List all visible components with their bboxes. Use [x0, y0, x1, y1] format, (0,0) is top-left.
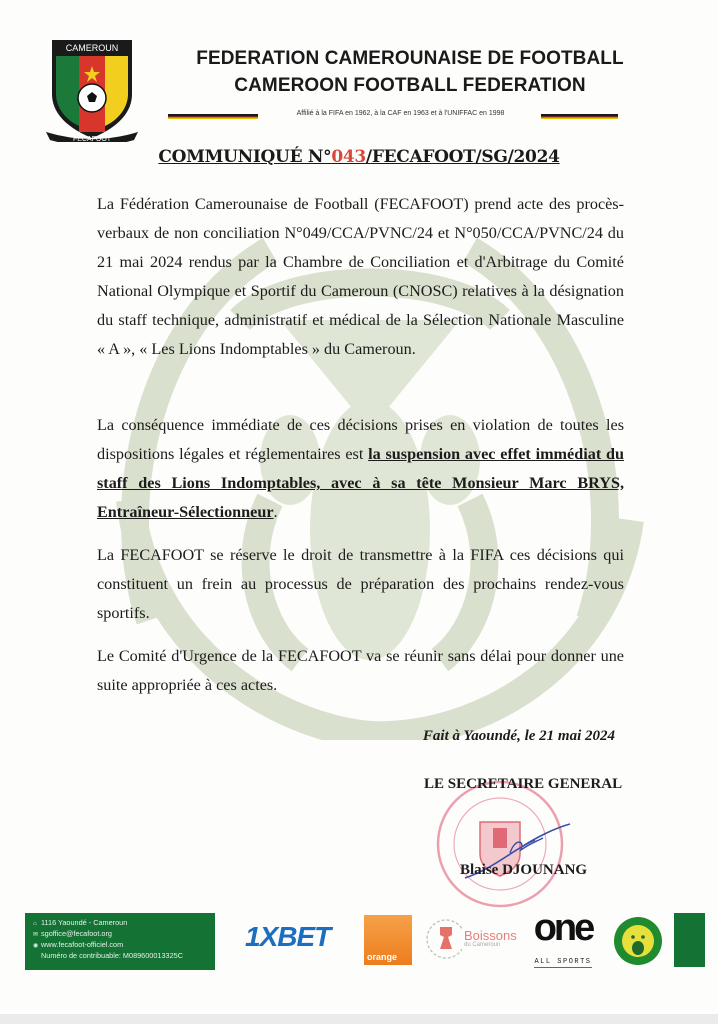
signatory-role: LE SECRETAIRE GENERAL	[424, 776, 622, 793]
flag-stripe-left	[168, 114, 258, 119]
sponsor-one-all-sports-logo: one ALL SPORTS	[522, 908, 604, 968]
federation-title-fr: FEDERATION CAMEROUNAISE DE FOOTBALL	[150, 48, 670, 70]
document-page: CAMEROUN FECAFOOT FEDERATION CAMEROUNAIS…	[0, 0, 718, 1014]
home-icon: ⌂	[33, 920, 41, 929]
paragraph-4: Le Comité d'Urgence de la FECAFOOT va se…	[97, 642, 624, 700]
globe-icon: ◉	[33, 942, 41, 951]
svg-text:CAMEROUN: CAMEROUN	[66, 43, 119, 53]
affiliation-row: Affilié à la FIFA en 1962, à la CAF en 1…	[168, 109, 618, 123]
boissons-sub: du Cameroun	[464, 942, 500, 948]
communique-prefix: COMMUNIQUÉ N°	[158, 147, 331, 167]
communique-suffix: /FECAFOOT/SG/2024	[366, 147, 560, 167]
lions-indomptables-logo-icon	[613, 916, 663, 966]
orange-label: orange	[367, 952, 397, 962]
fecafoot-crest-logo: CAMEROUN FECAFOOT	[46, 36, 138, 142]
boissons-name: Boissons	[464, 928, 517, 943]
paragraph-2: La conséquence immédiate de ces décision…	[97, 411, 624, 527]
one-sub: ALL SPORTS	[534, 958, 591, 968]
tax-id: Numéro de contribuable: M089600013325C	[41, 951, 183, 960]
boissons-emblem-icon	[424, 915, 462, 963]
federation-title-en: CAMEROON FOOTBALL FEDERATION	[150, 75, 670, 97]
paragraph-1: La Fédération Camerounaise de Football (…	[97, 190, 624, 364]
svg-text:FECAFOOT: FECAFOOT	[73, 136, 112, 142]
signatory-name: Blaise DJOUNANG	[460, 862, 587, 879]
website: www.fecafoot-officiel.com	[41, 940, 123, 949]
affiliation-text: Affilié à la FIFA en 1962, à la CAF en 1…	[268, 110, 533, 117]
contact-box: ⌂1116 Yaoundé - Cameroun ✉sgoffice@fecaf…	[25, 913, 215, 970]
official-stamp-icon	[425, 778, 575, 908]
paragraph-3: La FECAFOOT se réserve le droit de trans…	[97, 541, 624, 628]
sponsor-orange-logo: orange	[364, 915, 412, 965]
email: sgoffice@fecafoot.org	[41, 929, 112, 938]
sponsor-boissons-logo: Boissons du Cameroun	[424, 915, 524, 965]
flag-stripe-right	[541, 114, 618, 119]
sponsor-1xbet-logo: 1XBET	[245, 921, 330, 953]
green-flag-stripe	[674, 913, 705, 967]
one-label: one	[522, 908, 604, 948]
paragraph-2-end: .	[274, 503, 278, 521]
address: 1116 Yaoundé - Cameroun	[41, 918, 127, 927]
communique-title: COMMUNIQUÉ N°043/FECAFOOT/SG/2024	[0, 147, 718, 167]
mail-icon: ✉	[33, 931, 41, 940]
place-date: Fait à Yaoundé, le 21 mai 2024	[400, 728, 615, 745]
communique-number: 043	[331, 147, 366, 167]
